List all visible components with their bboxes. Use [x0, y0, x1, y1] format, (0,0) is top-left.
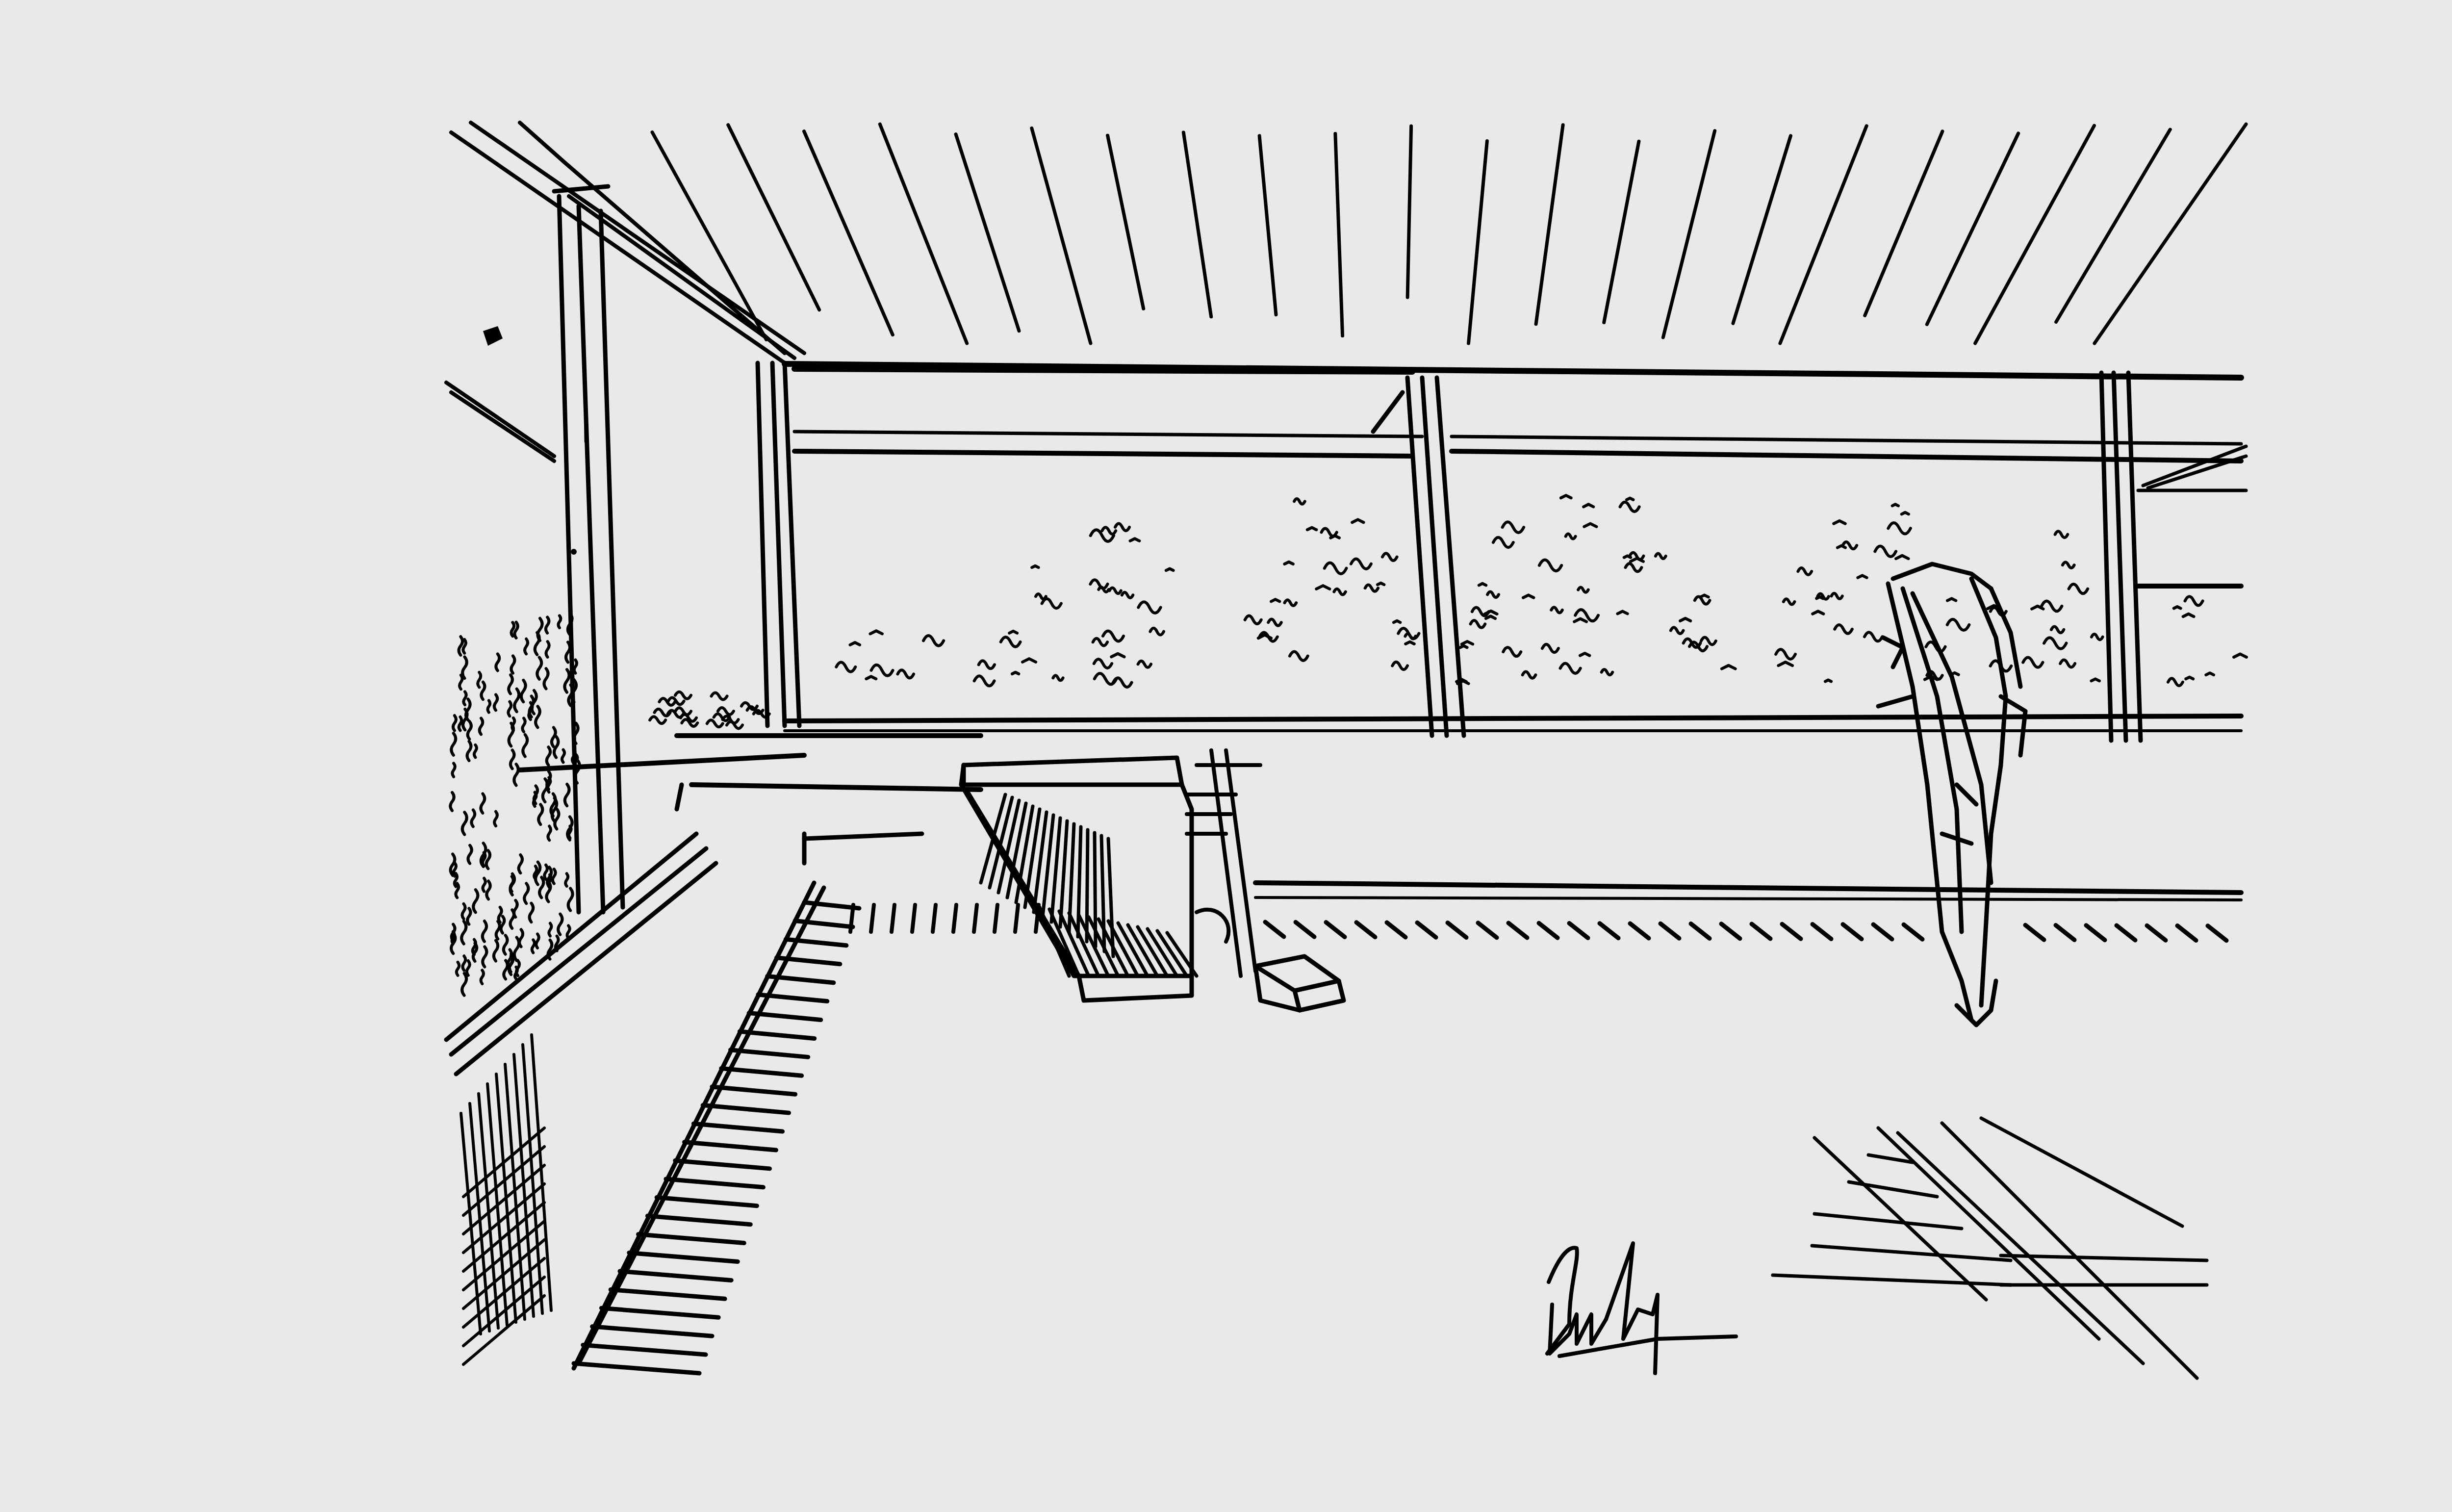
small-stool — [1255, 956, 1344, 1010]
bench-shading — [981, 794, 1197, 976]
wall-crosshatch-left — [461, 1035, 551, 1364]
floor-hatching — [574, 902, 2226, 1373]
header-beam — [785, 364, 2241, 461]
column-left-rear — [758, 363, 799, 726]
left-garden-foliage — [450, 614, 769, 996]
ceiling-slats — [652, 124, 2246, 343]
floor-lamp-stand — [1187, 750, 1260, 976]
column-right — [2101, 373, 2141, 741]
trees-beyond-glass — [836, 495, 2247, 687]
bench-block — [961, 758, 1192, 1000]
sketch-canvas — [0, 0, 2452, 1512]
exterior-roofline — [2138, 446, 2246, 586]
crosshatch-shadow — [1773, 1118, 2207, 1378]
column-center — [1373, 378, 1464, 736]
signature-scrawl — [1547, 1243, 1736, 1373]
columns — [554, 186, 2141, 912]
standing-figure-sculpture — [1878, 564, 2025, 1025]
